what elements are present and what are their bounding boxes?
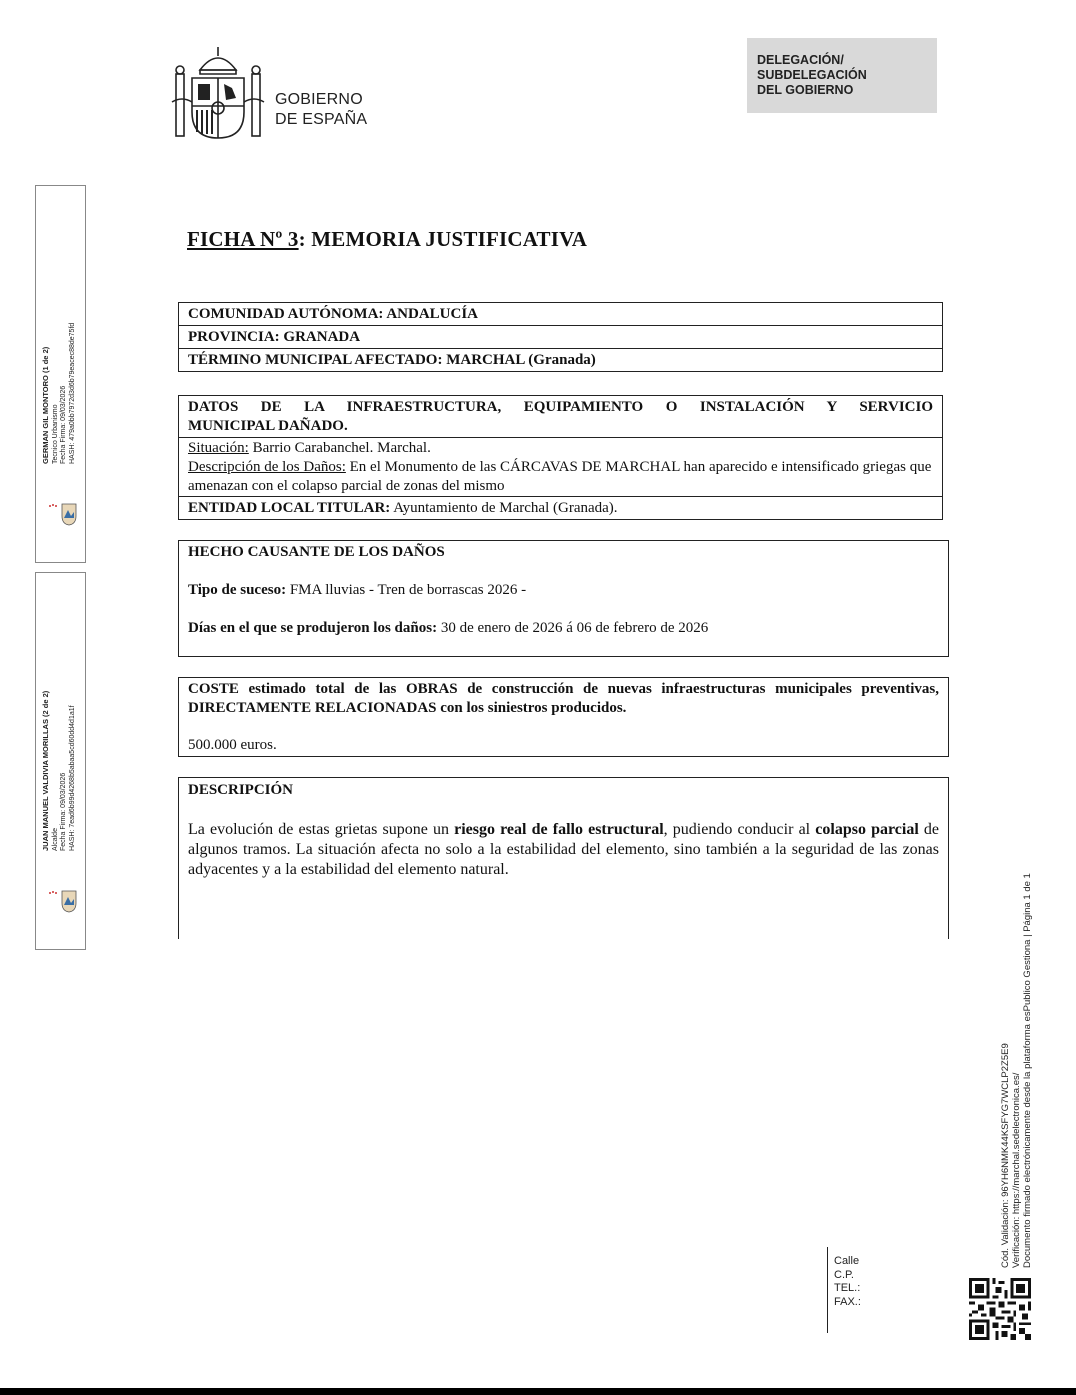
- signer-name: GERMAN GIL MONTORO (1 de 2): [41, 347, 50, 464]
- desc-b2: colapso parcial: [815, 821, 919, 838]
- infrastructure-details: Situación: Barrio Carabanchel. Marchal. …: [179, 438, 942, 497]
- title-text: : MEMORIA JUSTIFICATIVA: [299, 227, 588, 251]
- cost-line-1: COSTE estimado total de las OBRAS de con…: [188, 680, 939, 699]
- municipal-shield-icon: [42, 887, 78, 913]
- cost-t2: de construcción de nuevas infraestructur…: [458, 681, 939, 697]
- termino-suffix: (Granada): [525, 352, 596, 368]
- cost-t3: con los siniestros producidos.: [437, 700, 627, 716]
- tipo-value: FMA lluvias - Tren de borrascas 2026 -: [286, 582, 526, 598]
- termino-label: TÉRMINO MUNICIPAL AFECTADO: MARCHAL: [188, 352, 525, 368]
- signed-note: Documento firmado electrónicamente desde…: [1022, 873, 1033, 1268]
- infrastructure-table: DATOS DE LA INFRAESTRUCTURA, EQUIPAMIENT…: [178, 395, 943, 520]
- delegation-line-3: DEL GOBIERNO: [757, 83, 927, 98]
- signer-role: Alcalde: [52, 691, 61, 851]
- address-divider: [827, 1247, 828, 1333]
- tipo-suceso: Tipo de suceso: FMA lluvias - Tren de bo…: [188, 581, 939, 600]
- termino-municipal: TÉRMINO MUNICIPAL AFECTADO: MARCHAL (Gra…: [179, 349, 942, 371]
- description-heading: DESCRIPCIÓN: [188, 780, 939, 800]
- address-cp: C.P.: [834, 1269, 861, 1283]
- infrastructure-heading-line-1: DATOS DE LA INFRAESTRUCTURA, EQUIPAMIENT…: [188, 398, 933, 417]
- infrastructure-heading: DATOS DE LA INFRAESTRUCTURA, EQUIPAMIENT…: [179, 396, 942, 438]
- situacion-value: Barrio Carabanchel. Marchal.: [249, 440, 431, 456]
- signature-box-2: JUAN MANUEL VALDIVIA MORILLAS (2 de 2) A…: [35, 572, 86, 950]
- cost-b1: COSTE: [188, 681, 239, 697]
- delegation-line-1: DELEGACIÓN/: [757, 53, 927, 68]
- gov-line-1: GOBIERNO: [275, 90, 367, 110]
- provincia: PROVINCIA: GRANADA: [179, 326, 942, 349]
- address-tel: TEL.:: [834, 1282, 861, 1296]
- signature-date: Fecha Firma: 09/03/2026: [60, 323, 69, 464]
- address-block: Calle C.P. TEL.: FAX.:: [834, 1255, 861, 1309]
- signer-name: JUAN MANUEL VALDIVIA MORILLAS (2 de 2): [41, 691, 50, 851]
- address-calle: Calle: [834, 1255, 861, 1269]
- verification-url[interactable]: Verificación: https://marchal.sedelectro…: [1011, 873, 1022, 1268]
- address-fax: FAX.:: [834, 1296, 861, 1310]
- cost-b2: OBRAS: [406, 681, 458, 697]
- cost-t1: estimado total de las: [239, 681, 406, 697]
- description-box: DESCRIPCIÓN La evolución de estas grieta…: [178, 777, 949, 939]
- title-number: FICHA Nº 3: [187, 227, 299, 251]
- comunidad-autonoma: COMUNIDAD AUTÓNOMA: ANDALUCÍA: [179, 303, 942, 326]
- cost-b3: DIRECTAMENTE RELACIONADAS: [188, 700, 437, 716]
- dias-danos: Días en el que se produjeron los daños: …: [188, 619, 939, 638]
- page-title: FICHA Nº 3: MEMORIA JUSTIFICATIVA: [187, 227, 587, 252]
- government-name: GOBIERNO DE ESPAÑA: [275, 90, 367, 130]
- spain-coat-of-arms-icon: [170, 44, 266, 144]
- qr-code-icon[interactable]: [969, 1278, 1031, 1340]
- municipal-shield-icon: [42, 500, 78, 526]
- desc-t1: La evolución de estas grietas supone un: [188, 821, 454, 838]
- situacion: Situación: Barrio Carabanchel. Marchal.: [188, 439, 933, 458]
- descripcion-danos: Descripción de los Daños: En el Monument…: [188, 458, 933, 496]
- delegation-line-2: SUBDELEGACIÓN: [757, 68, 927, 83]
- cost-line-2: DIRECTAMENTE RELACIONADAS con los sinies…: [188, 699, 939, 718]
- cost-box: COSTE estimado total de las OBRAS de con…: [178, 677, 949, 757]
- delegation-box: DELEGACIÓN/ SUBDELEGACIÓN DEL GOBIERNO: [747, 38, 937, 113]
- entidad-label: ENTIDAD LOCAL TITULAR:: [188, 500, 390, 516]
- bottom-border: [0, 1388, 1076, 1395]
- tipo-label: Tipo de suceso:: [188, 582, 286, 598]
- location-table: COMUNIDAD AUTÓNOMA: ANDALUCÍA PROVINCIA:…: [178, 302, 943, 372]
- verification-footer: Cód. Validación: 96YH6NMK44KSFYG7WCLP2Z5…: [1000, 873, 1033, 1268]
- entidad-value: Ayuntamiento de Marchal (Granada).: [390, 500, 617, 516]
- cause-box: HECHO CAUSANTE DE LOS DAÑOS Tipo de suce…: [178, 540, 949, 657]
- infrastructure-heading-line-2: MUNICIPAL DAÑADO.: [188, 417, 933, 436]
- descripcion-label: Descripción de los Daños:: [188, 459, 346, 475]
- signature-text-1: GERMAN GIL MONTORO (1 de 2) Tecnico Urba…: [42, 323, 77, 464]
- gov-line-2: DE ESPAÑA: [275, 110, 367, 130]
- description-body: La evolución de estas grietas supone un …: [188, 820, 939, 880]
- signature-date: Fecha Firma: 09/03/2026: [60, 691, 69, 851]
- cause-heading: HECHO CAUSANTE DE LOS DAÑOS: [188, 543, 939, 562]
- signature-hash: HASH: 7ead6b99d4268b5abaa5cd60dd4d1a1f: [69, 691, 78, 851]
- signer-role: Tecnico Urbanismo: [52, 323, 61, 464]
- situacion-label: Situación:: [188, 440, 249, 456]
- cost-amount: 500.000 euros.: [188, 736, 939, 755]
- dias-value: 30 de enero de 2026 á 06 de febrero de 2…: [437, 620, 708, 636]
- signature-text-2: JUAN MANUEL VALDIVIA MORILLAS (2 de 2) A…: [42, 691, 77, 851]
- desc-b1: riesgo real de fallo estructural: [454, 821, 664, 838]
- signature-box-1: GERMAN GIL MONTORO (1 de 2) Tecnico Urba…: [35, 185, 86, 563]
- entidad-local: ENTIDAD LOCAL TITULAR: Ayuntamiento de M…: [179, 497, 942, 519]
- validation-code: Cód. Validación: 96YH6NMK44KSFYG7WCLP2Z5…: [1000, 873, 1011, 1268]
- dias-label: Días en el que se produjeron los daños:: [188, 620, 437, 636]
- desc-t2: , pudiendo conducir al: [664, 821, 816, 838]
- signature-hash: HASH: 479a0bb7972d3d6b79eacec88de75fd: [69, 323, 78, 464]
